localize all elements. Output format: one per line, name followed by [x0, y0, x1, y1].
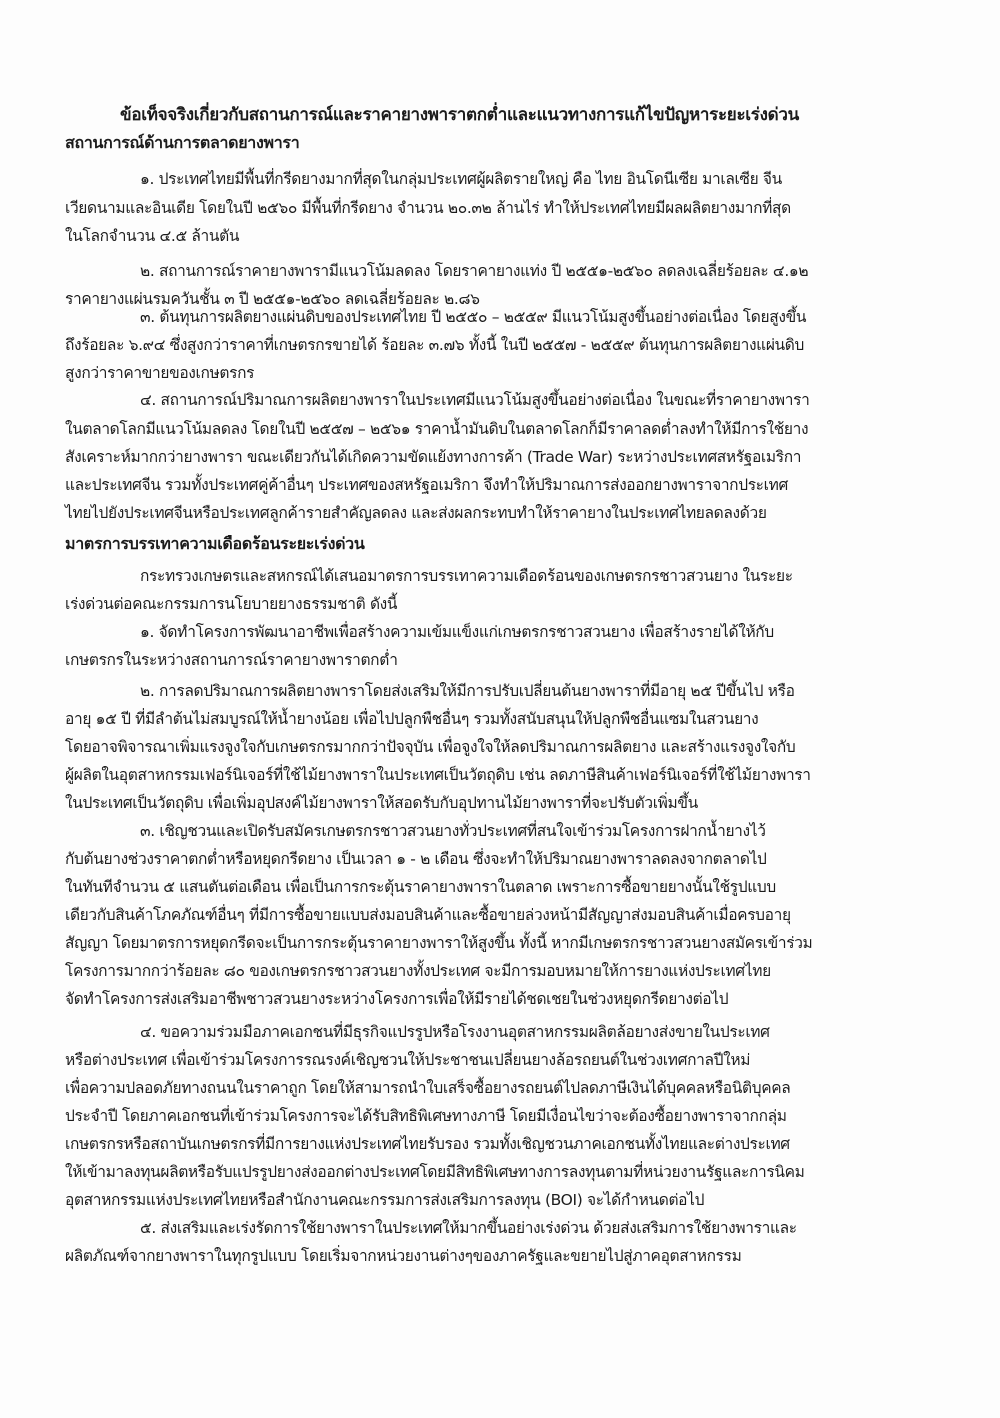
paragraph-line: ๕. ส่งเสริมและเร่งรัดการใช้ยางพาราในประเ…	[140, 1217, 930, 1239]
paragraph-line: ๔. ขอความร่วมมือภาคเอกชนที่มีธุรกิจแปรรู…	[140, 1021, 930, 1043]
document-title: ข้อเท็จจริงเกี่ยวกับสถานการณ์และราคายางพ…	[120, 101, 920, 128]
paragraph-line: ๑. จัดทำโครงการพัฒนาอาชีพเพื่อสร้างความเ…	[140, 621, 930, 643]
paragraph-line: เร่งด่วนต่อคณะกรรมการนโยบายยางธรรมชาติ ด…	[65, 593, 930, 615]
paragraph-line: ในตลาดโลกมีแนวโน้มลดลง โดยในปี ๒๕๕๗ – ๒๕…	[65, 418, 930, 440]
paragraph-line: กระทรวงเกษตรและสหกรณ์ได้เสนอมาตรการบรรเท…	[140, 565, 930, 587]
paragraph-line: กับต้นยางช่วงราคาตกต่ำหรือหยุดกรีดยาง เป…	[65, 848, 930, 870]
paragraph-line: ให้เข้ามาลงทุนผลิตหรือรับแปรรูปยางส่งออก…	[65, 1161, 930, 1183]
paragraph-line: เวียดนามและอินเดีย โดยในปี ๒๕๖๐ มีพื้นที…	[65, 197, 930, 219]
paragraph-line: และประเทศจีน รวมทั้งประเทศคู่ค้าอื่นๆ ปร…	[65, 474, 930, 496]
document-page: ข้อเท็จจริงเกี่ยวกับสถานการณ์และราคายางพ…	[0, 0, 1000, 1418]
section-heading-urgent-measures: มาตรการบรรเทาความเดือดร้อนระยะเร่งด่วน	[65, 532, 365, 557]
paragraph-line: อายุ ๑๕ ปี ที่มีลำต้นไม่สมบูรณ์ให้น้ำยาง…	[65, 708, 930, 730]
paragraph-line: ๑. ประเทศไทยมีพื้นที่กรีดยางมากที่สุดในก…	[140, 168, 930, 190]
paragraph-line: ประจำปี โดยภาคเอกชนที่เข้าร่วมโครงการจะไ…	[65, 1105, 930, 1127]
paragraph-line: ในโลกจำนวน ๔.๕ ล้านตัน	[65, 225, 930, 247]
section-heading-market-situation: สถานการณ์ด้านการตลาดยางพารา	[65, 131, 299, 156]
paragraph-line: สูงกว่าราคาขายของเกษตรกร	[65, 362, 930, 384]
paragraph-line: ในประเทศเป็นวัตถุดิบ เพื่อเพิ่มอุปสงค์ไม…	[65, 792, 930, 814]
paragraph-line: โครงการมากกว่าร้อยละ ๘๐ ของเกษตรกรชาวสวน…	[65, 960, 930, 982]
paragraph-line: ๓. เชิญชวนและเปิดรับสมัครเกษตรกรชาวสวนยา…	[140, 820, 930, 842]
paragraph-line: สัญญา โดยมาตรการหยุดกรีดจะเป็นการกระตุ้น…	[65, 932, 930, 954]
paragraph-line: ๒. สถานการณ์ราคายางพารามีแนวโน้มลดลง โดย…	[140, 260, 930, 282]
paragraph-line: ๔. สถานการณ์ปริมาณการผลิตยางพาราในประเทศ…	[140, 389, 930, 411]
paragraph-line: เกษตรกรหรือสถาบันเกษตรกรที่มีการยางแห่งป…	[65, 1133, 930, 1155]
paragraph-line: ผู้ผลิตในอุตสาหกรรมเฟอร์นิเจอร์ที่ใช้ไม้…	[65, 764, 930, 786]
paragraph-line: อุตสาหกรรมแห่งประเทศไทยหรือสำนักงานคณะกร…	[65, 1189, 930, 1211]
paragraph-line: ไทยไปยังประเทศจีนหรือประเทศลูกค้ารายสำคั…	[65, 502, 930, 524]
paragraph-line: โดยอาจพิจารณาเพิ่มแรงจูงใจกับเกษตรกรมากก…	[65, 736, 930, 758]
paragraph-line: จัดทำโครงการส่งเสริมอาชีพชาวสวนยางระหว่า…	[65, 988, 930, 1010]
paragraph-line: ผลิตภัณฑ์จากยางพาราในทุกรูปแบบ โดยเริ่มจ…	[65, 1245, 930, 1267]
paragraph-line: เกษตรกรในระหว่างสถานการณ์ราคายางพาราตกต่…	[65, 649, 930, 671]
paragraph-line: ถึงร้อยละ ๖.๙๔ ซึ่งสูงกว่าราคาที่เกษตรกร…	[65, 334, 930, 356]
paragraph-line: สังเคราะห์มากกว่ายางพารา ขณะเดียวกันได้เ…	[65, 446, 930, 468]
paragraph-line: เดียวกับสินค้าโภคภัณฑ์อื่นๆ ที่มีการซื้อ…	[65, 904, 930, 926]
paragraph-line: หรือต่างประเทศ เพื่อเข้าร่วมโครงการรณรงค…	[65, 1049, 930, 1071]
paragraph-line: ๒. การลดปริมาณการผลิตยางพาราโดยส่งเสริมใ…	[140, 680, 930, 702]
paragraph-line: เพื่อความปลอดภัยทางถนนในราคาถูก โดยให้สา…	[65, 1077, 930, 1099]
paragraph-line: ในทันทีจำนวน ๕ แสนตันต่อเดือน เพื่อเป็นก…	[65, 876, 930, 898]
paragraph-line: ๓. ต้นทุนการผลิตยางแผ่นดิบของประเทศไทย ป…	[140, 306, 930, 328]
